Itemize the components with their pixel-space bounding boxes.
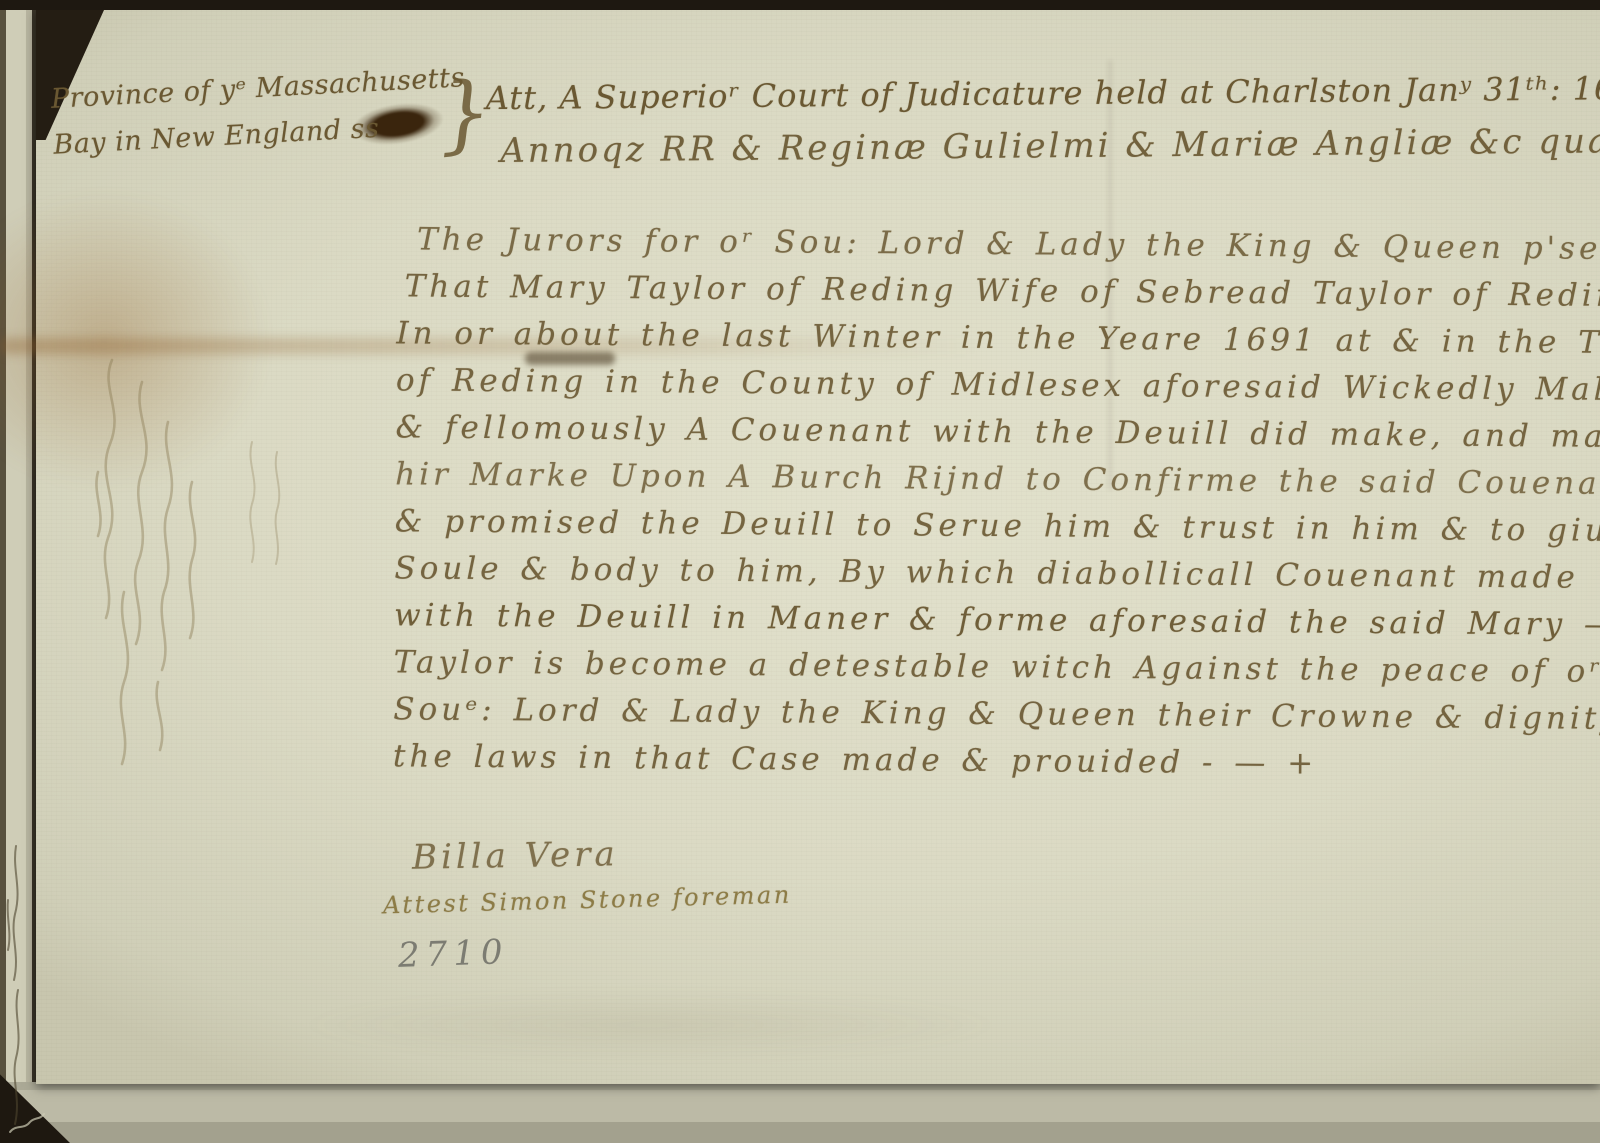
indictment-text: The Jurors for oʳ Sou: Lord & Lady the K…	[393, 216, 1600, 791]
underlying-page-bottom	[0, 1082, 1600, 1143]
manuscript-photograph: Province of yᵉ Massachusetts Bay in New …	[0, 0, 1600, 1143]
photo-top-edge	[0, 0, 1600, 10]
court-heading: Att, A Superioʳ Court of Judicature held…	[486, 69, 1600, 171]
verdict-billa-vera: Billa Vera	[412, 834, 619, 878]
archival-number: 2710	[397, 932, 509, 976]
